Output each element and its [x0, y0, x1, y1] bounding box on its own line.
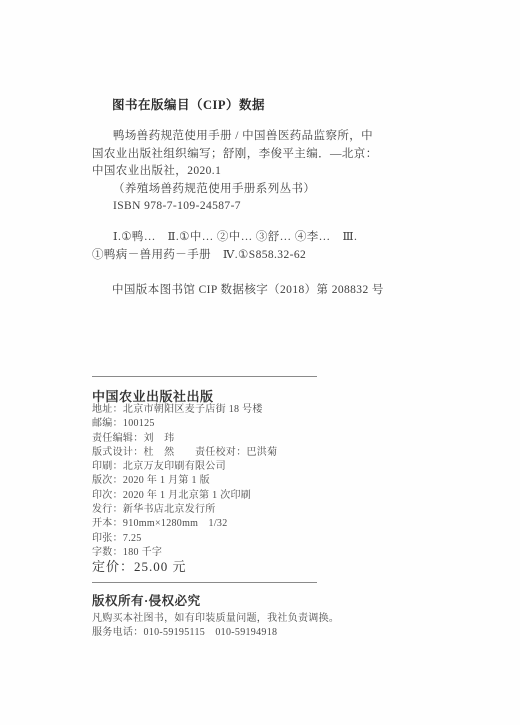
colophon-line-edition: 版次：2020 年 1 月第 1 版	[92, 474, 277, 488]
isbn-line: ISBN 978-7-109-24587-7	[92, 198, 378, 216]
cip-record-line: 国农业出版社组织编写；舒刚，李俊平主编．—北京：	[92, 146, 378, 164]
colophon-line-design-proof: 版式设计：杜 然 责任校对：巴洪菊	[92, 446, 277, 460]
cip-classification-line: ①鸭病－兽用药－手册 Ⅳ.①S858.32-62	[92, 247, 357, 265]
cip-classification: Ⅰ.①鸭… Ⅱ.①中… ②中… ③舒… ④李… Ⅲ. ①鸭病－兽用药－手册 Ⅳ.…	[92, 229, 357, 264]
cip-record: 鸭场兽药规范使用手册 / 中国兽医药品监察所，中 国农业出版社组织编写；舒刚，李…	[92, 128, 378, 216]
divider-top	[92, 376, 317, 377]
colophon-line-impression: 印次：2020 年 1 月北京第 1 次印刷	[92, 489, 277, 503]
exchange-notice: 凡购买本社图书，如有印装质量问题，我社负责调换。	[92, 609, 339, 624]
cip-record-line: 鸭场兽药规范使用手册 / 中国兽医药品监察所，中	[92, 128, 378, 146]
colophon-line-printer: 印刷：北京万友印刷有限公司	[92, 460, 277, 474]
service-phone: 服务电话：010-59195115 010-59194918	[92, 623, 277, 638]
copyright-notice: 版权所有·侵权必究	[92, 591, 201, 609]
colophon-line-address: 地址：北京市朝阳区麦子店街 18 号楼	[92, 403, 277, 417]
price-line: 定价：25.00 元	[92, 556, 187, 575]
colophon-line-editor: 责任编辑：刘 玮	[92, 432, 277, 446]
series-note: （养殖场兽药规范使用手册系列丛书）	[92, 181, 378, 199]
cip-record-number: 中国版本图书馆 CIP 数据核字（2018）第 208832 号	[112, 281, 384, 297]
cip-record-line: 中国农业出版社，2020.1	[92, 163, 378, 181]
colophon-details: 地址：北京市朝阳区麦子店街 18 号楼 邮编：100125 责任编辑：刘 玮 版…	[92, 403, 277, 560]
colophon-line-sheets: 印张：7.25	[92, 532, 277, 546]
colophon-line-distributor: 发行：新华书店北京发行所	[92, 503, 277, 517]
cip-heading: 图书在版编目（CIP）数据	[112, 95, 265, 113]
cip-classification-line: Ⅰ.①鸭… Ⅱ.①中… ②中… ③舒… ④李… Ⅲ.	[92, 229, 357, 247]
colophon-line-postcode: 邮编：100125	[92, 417, 277, 431]
colophon-line-format: 开本：910mm×1280mm 1/32	[92, 517, 277, 531]
divider-bottom	[92, 582, 317, 583]
book-copyright-page: 图书在版编目（CIP）数据 鸭场兽药规范使用手册 / 中国兽医药品监察所，中 国…	[0, 0, 520, 725]
